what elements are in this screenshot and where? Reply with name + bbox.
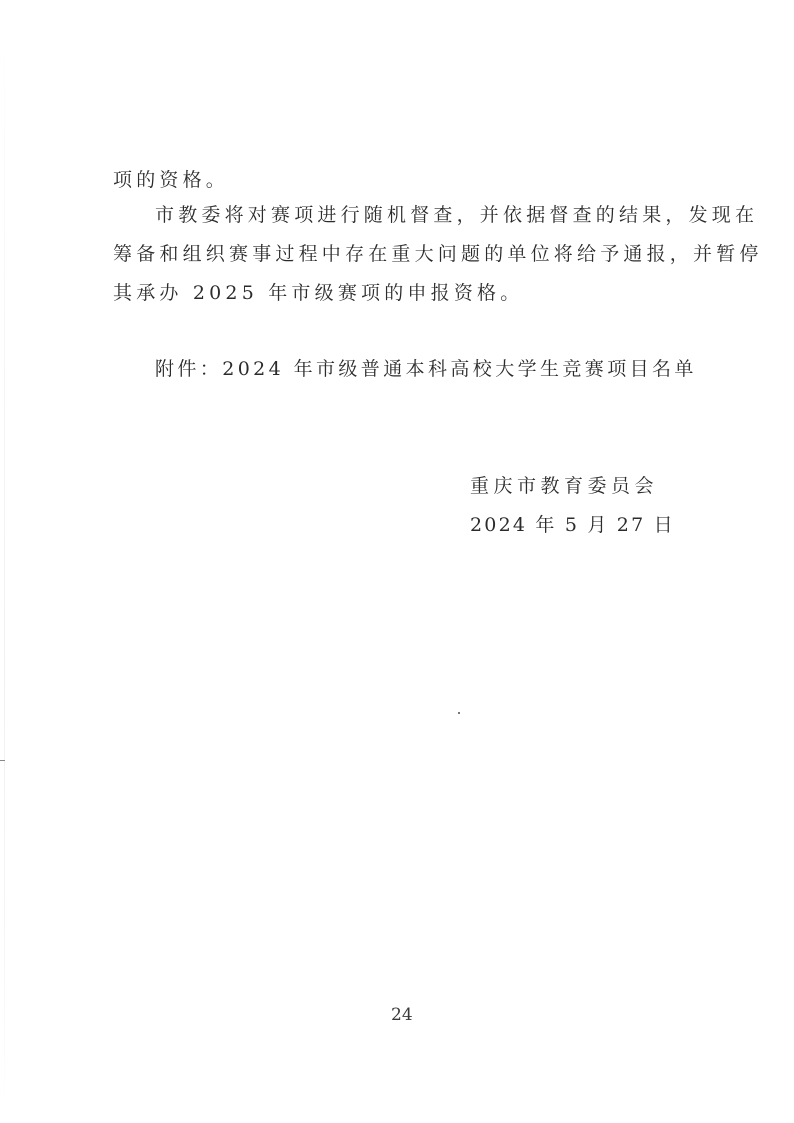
paragraph-line-3: 筹备和组织赛事过程中存在重大问题的单位将给予通报，并暂停 (113, 242, 763, 266)
scan-edge-artifact (4, 0, 5, 1123)
attachment-note: 附件：2024 年市级普通本科高校大学生竞赛项目名单 (155, 357, 697, 381)
stray-dot (458, 712, 460, 714)
signature-organization: 重庆市教育委员会 (470, 474, 658, 498)
paragraph-line-2: 市教委将对赛项进行随机督查，并依据督查的结果，发现在 (155, 203, 758, 227)
paragraph-line-4: 其承办 2025 年市级赛项的申报资格。 (113, 281, 523, 305)
paragraph-line-1: 项的资格。 (113, 168, 229, 192)
document-page: 项的资格。 市教委将对赛项进行随机督查，并依据督查的结果，发现在 筹备和组织赛事… (0, 0, 794, 1123)
page-number: 24 (391, 1005, 413, 1025)
signature-date: 2024 年 5 月 27 日 (470, 513, 675, 537)
scan-mark-artifact (0, 760, 5, 761)
